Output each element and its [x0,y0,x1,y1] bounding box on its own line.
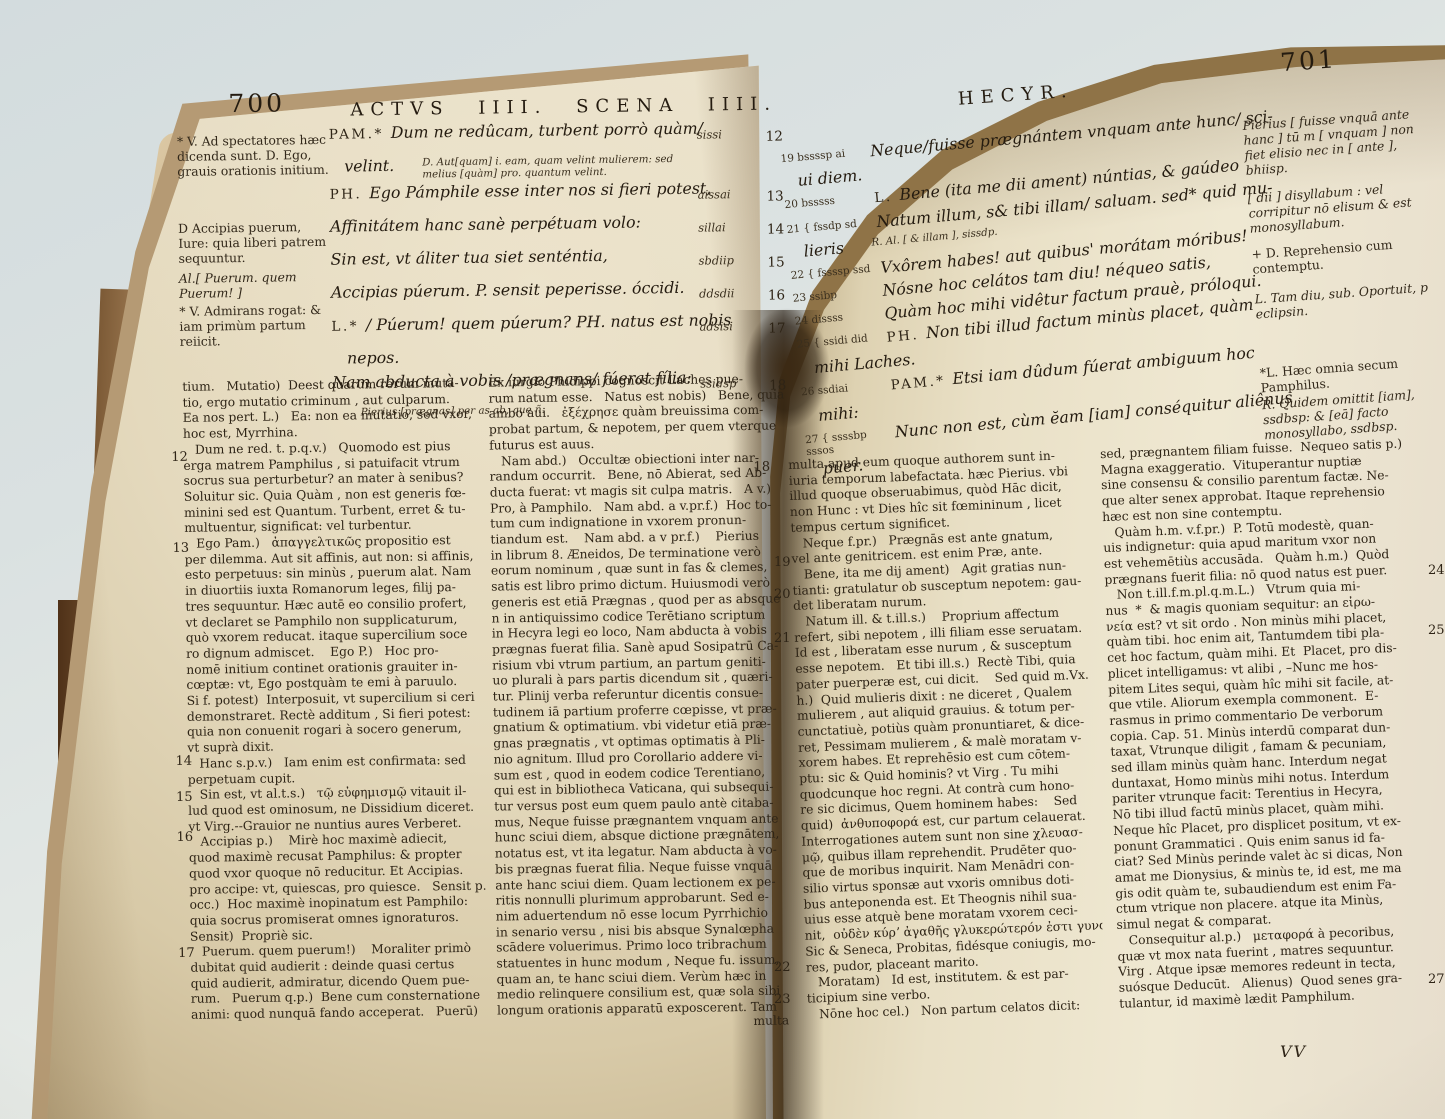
commentary-line-number: 17 [178,946,195,961]
verse-text: Ego Pámphile esse inter nos si fieri pot… [369,178,711,202]
metric-mark: adsisi [699,308,757,339]
left-commentary: tium. Mutatio) Deest quarum rerum muta- … [182,371,793,1023]
speaker-label: PH. [886,327,920,346]
verse-text: velint. [329,156,394,176]
interlinear-note: D. Aut[quam] i. eam, quam velint muliere… [422,150,694,181]
commentary-line-number: 18 [753,460,770,475]
commentary-column-2: Ex iurgio Phidippi cognoscit Laches pue-… [488,371,793,1019]
right-page-header: HECYR. [957,81,1074,110]
metric-mark: sillai [698,209,756,240]
commentary-line-number: 13 [172,541,189,556]
metric-mark: ddsdii [699,275,757,306]
commentary-line-number: 25 [1428,623,1445,638]
speaker-label: L.* [331,318,359,334]
margin-note: * V. Ad spectatores hæc dicenda sunt. D.… [177,132,330,179]
signature-mark: VV [1280,1042,1307,1061]
margin-note: Pierius [ fuisse vnquā ante hanc ] tū m … [1242,105,1426,177]
verse-margin-mark: 19 bssssp ai [780,139,871,165]
commentary-line-number: 27 [1428,972,1445,987]
verse-text: Affinitátem hanc sanè perpétuam volo: [330,212,641,235]
verse-text: Sin est, vt áliter tua siet senténtia, [330,246,607,269]
speaker-label: L. [874,189,894,207]
margin-note: + D. Reprehensio cum contemptu. [1251,234,1433,276]
left-page-content: 700 ACTVS IIII. SCENA IIII. * V. Ad spec… [170,69,796,1077]
verse-text: mihi: [802,402,859,426]
commentary-line-number: 12 [171,450,188,465]
left-margin-notes: * V. Ad spectatores hæc dicenda sunt. D.… [177,132,332,357]
commentary-line-number: 16 [176,830,193,845]
right-page-number: 701 [1279,44,1338,77]
speaker-label: PAM.* [329,126,384,143]
right-commentary: multa apud eum quoque authorem sunt in- … [788,436,1435,1023]
speaker-label: PH. [330,186,363,202]
commentary-column-2: sed, prægnantem filiam fuisse. Nequeo sa… [1100,436,1436,1012]
speaker-label: PAM.* [890,373,946,394]
commentary-column-1: tium. Mutatio) Deest quarum rerum muta- … [182,376,487,1024]
right-verse-block: 19 bssssp ai Neque/fuisse prægnántem vnq… [780,106,1282,481]
margin-note: Al.[ Puerum. quem Puerum! ] [179,269,331,301]
right-page-content: HECYR. 701 19 bssssp ai Neque/fuisse præ… [780,60,1445,1110]
catchword: multa [493,1013,789,1031]
verse-number: 12 [755,115,783,148]
margin-note: * V. Admirans rogat: & iam primùm partum… [179,302,332,349]
metric-mark: sissi [697,116,755,147]
commentary-column-1: multa apud eum quoque authorem sunt in- … [788,448,1106,1023]
verse-text: Accipias púerum. P. sensit peperisse. óc… [331,278,685,302]
metric-mark: sbdiip [698,242,756,273]
left-page-number: 700 [228,88,285,118]
margin-note: L. Tam diu, sub. Oportuit, p eclipsin. [1254,279,1436,321]
verse-text: lieris [788,238,845,262]
margin-note: D Accipias puerum, Iure: quia liberi pat… [178,219,331,266]
book-photo: 700 ACTVS IIII. SCENA IIII. * V. Ad spec… [0,0,1445,1119]
metric-mark: aissai [697,176,755,207]
commentary-line-number: 19 [774,555,791,570]
commentary-line-number: 24 [1428,563,1445,578]
verse-text: / Púerum! quem púerum? PH. natus est nob… [366,310,732,334]
verse-text: nepos. [332,348,400,368]
commentary-line-number: 20 [774,587,791,602]
right-margin-notes: Pierius [ fuisse vnquā ante hanc ] tū m … [1242,105,1445,450]
commentary-line-number: 15 [176,790,193,805]
commentary-line-number: 23 [774,992,791,1007]
commentary-line-number: 14 [175,754,192,769]
margin-note: [ dii ] disyllabum : vel corripitur nō e… [1247,178,1430,235]
commentary-line-number: 22 [774,960,791,975]
commentary-line-number: 21 [774,631,791,646]
verse-text: Dum ne redûcam, turbent porrò quàm/ [391,119,703,142]
